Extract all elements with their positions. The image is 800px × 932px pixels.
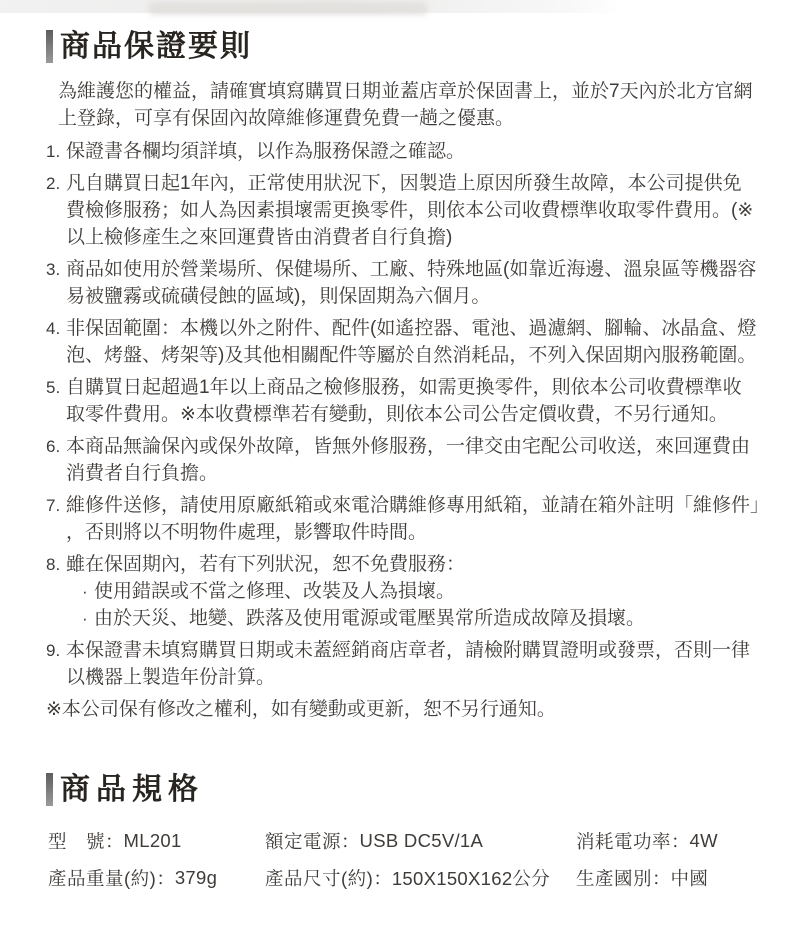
warranty-document-page: 商品保證要則 為維護您的權益，請確實填寫購買日期並蓋店章於保固書上，並於7天內於… bbox=[0, 0, 800, 932]
bullet-icon: · bbox=[82, 578, 94, 605]
spec-field: 消耗電功率：4W bbox=[576, 822, 760, 859]
item-body: 保證書各欄均須詳填，以作為服務保證之確認。 bbox=[66, 138, 760, 165]
item-body: 凡自購買日起1年內，正常使用狀況下，因製造上原因所發生故障，本公司提供免費檢修服… bbox=[66, 170, 760, 251]
spec-field: 產品尺寸(約)：150X150X162公分 bbox=[265, 859, 576, 896]
warranty-item-list: 1. 保證書各欄均須詳填，以作為服務保證之確認。 2. 凡自購買日起1年內，正常… bbox=[46, 138, 760, 691]
item-body: 本商品無論保內或保外故障，皆無外修服務，一律交由宅配公司收送，來回運費由消費者自… bbox=[66, 433, 760, 487]
warranty-title: 商品保證要則 bbox=[60, 30, 252, 63]
item-text: 凡自購買日起1年內，正常使用狀況下，因製造上原因所發生故障，本公司提供免費檢修服… bbox=[66, 170, 760, 251]
warranty-item: 5. 自購買日起超過1年以上商品之檢修服務，如需更換零件，則依本公司收費標準收取… bbox=[46, 374, 760, 428]
warranty-item: 9. 本保證書未填寫購買日期或未蓋經銷商店章者，請檢附購買證明或發票，否則一律以… bbox=[46, 637, 760, 691]
spec-colon: ： bbox=[671, 828, 690, 854]
item-text: 自購買日起超過1年以上商品之檢修服務，如需更換零件，則依本公司收費標準收取零件費… bbox=[66, 374, 760, 428]
spec-colon: ： bbox=[373, 865, 392, 891]
item-text: 非保固範圍：本機以外之附件、配件(如遙控器、電池、過濾網、腳輪、冰晶盒、燈泡、烤… bbox=[66, 315, 760, 369]
spec-value: USB DC5V/1A bbox=[360, 830, 484, 852]
warranty-section: 商品保證要則 為維護您的權益，請確實填寫購買日期並蓋店章於保固書上，並於7天內於… bbox=[46, 30, 760, 723]
spec-value: 150X150X162公分 bbox=[392, 865, 550, 891]
spec-colon: ： bbox=[105, 828, 124, 854]
item-text: 商品如使用於營業場所、保健場所、工廠、特殊地區(如靠近海邊、溫泉區等機器容易被鹽… bbox=[66, 256, 760, 310]
spec-value: 4W bbox=[690, 830, 718, 852]
item-body: 商品如使用於營業場所、保健場所、工廠、特殊地區(如靠近海邊、溫泉區等機器容易被鹽… bbox=[66, 256, 760, 310]
warranty-sub-item: · 使用錯誤或不當之修理、改裝及人為損壞。 bbox=[82, 578, 760, 605]
warranty-item: 3. 商品如使用於營業場所、保健場所、工廠、特殊地區(如靠近海邊、溫泉區等機器容… bbox=[46, 256, 760, 310]
spec-label: 產品重量(約) bbox=[48, 865, 156, 891]
item-text: 維修件送修，請使用原廠紙箱或來電洽購維修專用紙箱，並請在箱外註明「維修件」，否則… bbox=[66, 492, 760, 546]
warranty-sub-item: · 由於天災、地變、跌落及使用電源或電壓異常所造成故障及損壞。 bbox=[82, 605, 760, 632]
item-number: 9. bbox=[46, 637, 66, 691]
item-number: 1. bbox=[46, 138, 66, 165]
item-number: 4. bbox=[46, 315, 66, 369]
spec-label: 額定電源 bbox=[265, 828, 341, 854]
spec-colon: ： bbox=[652, 865, 671, 891]
spec-label: 產品尺寸(約) bbox=[265, 865, 373, 891]
warranty-item: 6. 本商品無論保內或保外故障，皆無外修服務，一律交由宅配公司收送，來回運費由消… bbox=[46, 433, 760, 487]
item-text: 雖在保固期內，若有下列狀況，恕不免費服務： bbox=[66, 551, 760, 578]
warranty-footnote: ※本公司保有修改之權利，如有變動或更新，恕不另行通知。 bbox=[46, 696, 760, 723]
spec-label: 生產國別 bbox=[576, 865, 652, 891]
warranty-item: 1. 保證書各欄均須詳填，以作為服務保證之確認。 bbox=[46, 138, 760, 165]
spec-field: 型 號：ML201 bbox=[48, 822, 265, 859]
warranty-title-block: 商品保證要則 bbox=[46, 30, 760, 63]
item-text: 保證書各欄均須詳填，以作為服務保證之確認。 bbox=[66, 138, 760, 165]
spec-colon: ： bbox=[156, 865, 175, 891]
spec-value: ML201 bbox=[124, 830, 182, 852]
item-number: 6. bbox=[46, 433, 66, 487]
specs-title: 商品規格 bbox=[60, 773, 204, 806]
spec-colon: ： bbox=[341, 828, 360, 854]
spec-value: 379g bbox=[175, 867, 217, 889]
item-number: 8. bbox=[46, 551, 66, 632]
spec-grid: 型 號：ML201額定電源：USB DC5V/1A消耗電功率：4W產品重量(約)… bbox=[46, 822, 760, 896]
spec-field: 產品重量(約)：379g bbox=[48, 859, 265, 896]
item-number: 3. bbox=[46, 256, 66, 310]
item-body: 維修件送修，請使用原廠紙箱或來電洽購維修專用紙箱，並請在箱外註明「維修件」，否則… bbox=[66, 492, 760, 546]
warranty-item: 7. 維修件送修，請使用原廠紙箱或來電洽購維修專用紙箱，並請在箱外註明「維修件」… bbox=[46, 492, 760, 546]
spec-value: 中國 bbox=[671, 865, 709, 891]
spec-field: 額定電源：USB DC5V/1A bbox=[265, 822, 576, 859]
item-number: 7. bbox=[46, 492, 66, 546]
specs-title-block: 商品規格 bbox=[46, 773, 760, 806]
title-accent-bar bbox=[46, 30, 53, 63]
spec-label: 型 號 bbox=[48, 828, 105, 854]
specs-section: 商品規格 型 號：ML201額定電源：USB DC5V/1A消耗電功率：4W產品… bbox=[46, 773, 760, 896]
item-text: 本商品無論保內或保外故障，皆無外修服務，一律交由宅配公司收送，來回運費由消費者自… bbox=[66, 433, 760, 487]
item-number: 2. bbox=[46, 170, 66, 251]
warranty-intro: 為維護您的權益，請確實填寫購買日期並蓋店章於保固書上，並於7天內於北方官網上登錄… bbox=[58, 78, 760, 132]
spec-field: 生產國別：中國 bbox=[576, 859, 760, 896]
bullet-icon: · bbox=[82, 605, 94, 632]
spec-label: 消耗電功率 bbox=[576, 828, 671, 854]
item-text: 本保證書未填寫購買日期或未蓋經銷商店章者，請檢附購買證明或發票，否則一律以機器上… bbox=[66, 637, 760, 691]
warranty-item: 4. 非保固範圍：本機以外之附件、配件(如遙控器、電池、過濾網、腳輪、冰晶盒、燈… bbox=[46, 315, 760, 369]
item-body: 雖在保固期內，若有下列狀況，恕不免費服務： · 使用錯誤或不當之修理、改裝及人為… bbox=[66, 551, 760, 632]
sub-item-text: 由於天災、地變、跌落及使用電源或電壓異常所造成故障及損壞。 bbox=[94, 605, 760, 632]
warranty-item: 2. 凡自購買日起1年內，正常使用狀況下，因製造上原因所發生故障，本公司提供免費… bbox=[46, 170, 760, 251]
warranty-item: 8. 雖在保固期內，若有下列狀況，恕不免費服務： · 使用錯誤或不當之修理、改裝… bbox=[46, 551, 760, 632]
item-body: 非保固範圍：本機以外之附件、配件(如遙控器、電池、過濾網、腳輪、冰晶盒、燈泡、烤… bbox=[66, 315, 760, 369]
item-body: 本保證書未填寫購買日期或未蓋經銷商店章者，請檢附購買證明或發票，否則一律以機器上… bbox=[66, 637, 760, 691]
sub-item-text: 使用錯誤或不當之修理、改裝及人為損壞。 bbox=[94, 578, 760, 605]
title-accent-bar bbox=[46, 773, 53, 806]
item-number: 5. bbox=[46, 374, 66, 428]
item-body: 自購買日起超過1年以上商品之檢修服務，如需更換零件，則依本公司收費標準收取零件費… bbox=[66, 374, 760, 428]
